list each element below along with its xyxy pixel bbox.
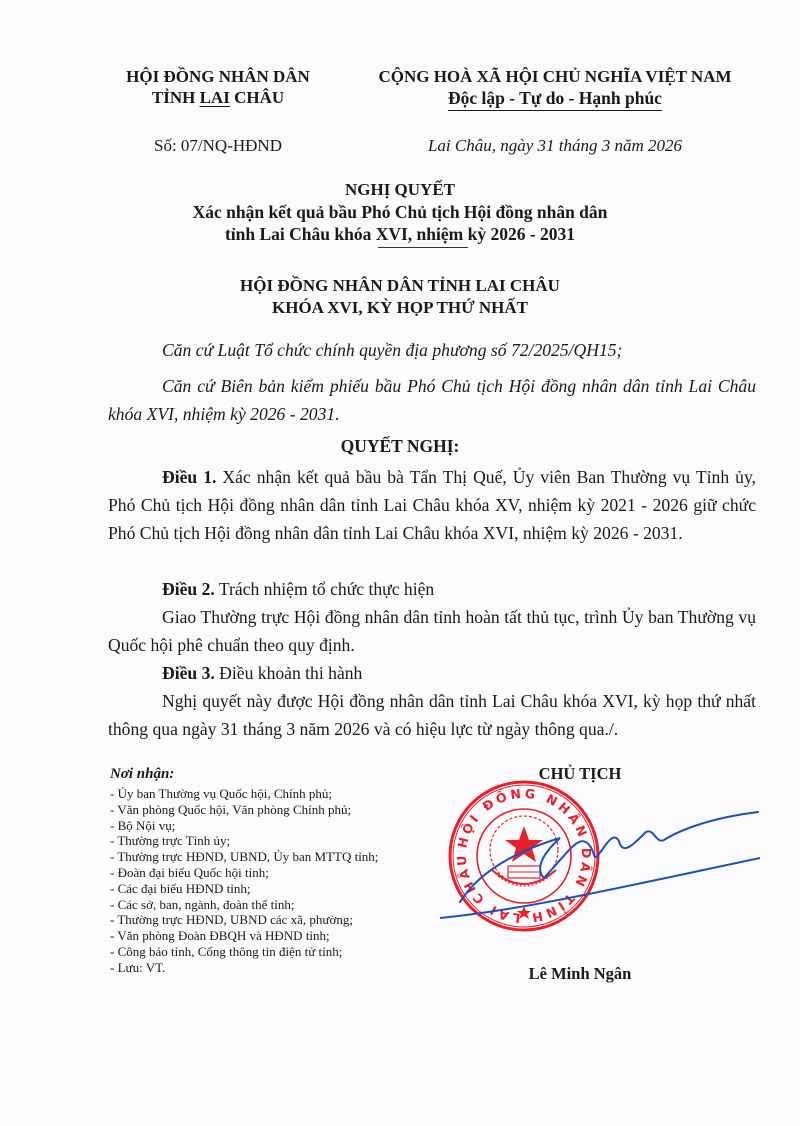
document-page: HỘI ĐỒNG NHÂN DÂN TỈNH LAI CHÂU Số: 07/N… — [0, 0, 800, 1126]
article-2-text: Giao Thường trực Hội đồng nhân dân tỉnh … — [108, 603, 756, 659]
document-subject-line1: Xác nhận kết quả bầu Phó Chủ tịch Hội đồ… — [0, 202, 800, 223]
recipient-item: - Thường trực HĐND, UBND, Ủy ban MTTQ tỉ… — [110, 849, 378, 865]
handwritten-signature-icon — [440, 810, 760, 930]
article-3-heading: Điều 3. Điều khoản thi hành — [108, 659, 756, 687]
document-type: NGHỊ QUYẾT — [0, 180, 800, 200]
document-subject-line2: tỉnh Lai Châu khóa XVI, nhiệm kỳ 2026 - … — [0, 224, 800, 245]
national-motto-text: Độc lập - Tự do - Hạnh phúc — [448, 88, 662, 111]
article-3-text: Nghị quyết này được Hội đồng nhân dân tỉ… — [108, 687, 756, 743]
recipients-heading: Nơi nhận: — [110, 766, 174, 783]
issuer-province: TỈNH LAI CHÂU — [108, 88, 328, 108]
issuer-province-pre: TỈNH — [152, 88, 200, 107]
article-2-title: Trách nhiệm tổ chức thực hiện — [215, 579, 434, 599]
recipient-item: - Thường trực Tỉnh ủy; — [110, 833, 378, 849]
recipient-item: - Văn phòng Đoàn ĐBQH và HĐND tỉnh; — [110, 928, 378, 944]
national-title: CỘNG HOÀ XÃ HỘI CHỦ NGHĨA VIỆT NAM — [345, 67, 765, 87]
recipient-item: - Các sở, ban, ngành, đoàn thể tỉnh; — [110, 897, 378, 913]
title-divider — [378, 247, 468, 248]
issuer-province-post: CHÂU — [230, 88, 284, 107]
recipient-item: - Công báo tỉnh, Cổng thông tin điện tử … — [110, 944, 378, 960]
authority-line2: KHÓA XVI, KỲ HỌP THỨ NHẤT — [0, 298, 800, 318]
issuer-province-underlined: LAI — [200, 88, 230, 107]
issuer-name: HỘI ĐỒNG NHÂN DÂN — [108, 67, 328, 87]
authority-line1: HỘI ĐỒNG NHÂN DÂN TỈNH LAI CHÂU — [0, 276, 800, 296]
recipient-item: - Bộ Nội vụ; — [110, 818, 378, 834]
decision-heading: QUYẾT NGHỊ: — [0, 436, 800, 457]
recipient-item: - Ủy ban Thường vụ Quốc hội, Chính phủ; — [110, 786, 378, 802]
article-3-title: Điều khoản thi hành — [215, 663, 363, 683]
place-date: Lai Châu, ngày 31 tháng 3 năm 2026 — [345, 136, 765, 156]
article-3-label: Điều 3. — [162, 663, 215, 683]
recipient-item: - Lưu: VT. — [110, 960, 378, 976]
recipient-item: - Các đại biểu HĐND tỉnh; — [110, 881, 378, 897]
recipient-item: - Thường trực HĐND, UBND các xã, phường; — [110, 912, 378, 928]
legal-basis-1: Căn cứ Luật Tổ chức chính quyền địa phươ… — [108, 336, 756, 364]
article-2-label: Điều 2. — [162, 579, 215, 599]
national-motto: Độc lập - Tự do - Hạnh phúc — [345, 88, 765, 109]
signer-name: Lê Minh Ngân — [470, 964, 690, 984]
recipient-item: - Văn phòng Quốc hội, Văn phòng Chính ph… — [110, 802, 378, 818]
article-1-label: Điều 1. — [162, 467, 216, 487]
article-1: Điều 1. Xác nhận kết quả bầu bà Tẩn Thị … — [108, 463, 756, 547]
article-2-heading: Điều 2. Trách nhiệm tổ chức thực hiện — [108, 575, 756, 603]
recipients-list: - Ủy ban Thường vụ Quốc hội, Chính phủ; … — [110, 786, 378, 976]
recipient-item: - Đoàn đại biểu Quốc hội tỉnh; — [110, 865, 378, 881]
legal-basis-2: Căn cứ Biên bản kiểm phiếu bầu Phó Chủ t… — [108, 372, 756, 428]
document-number: Số: 07/NQ-HĐND — [108, 136, 328, 156]
